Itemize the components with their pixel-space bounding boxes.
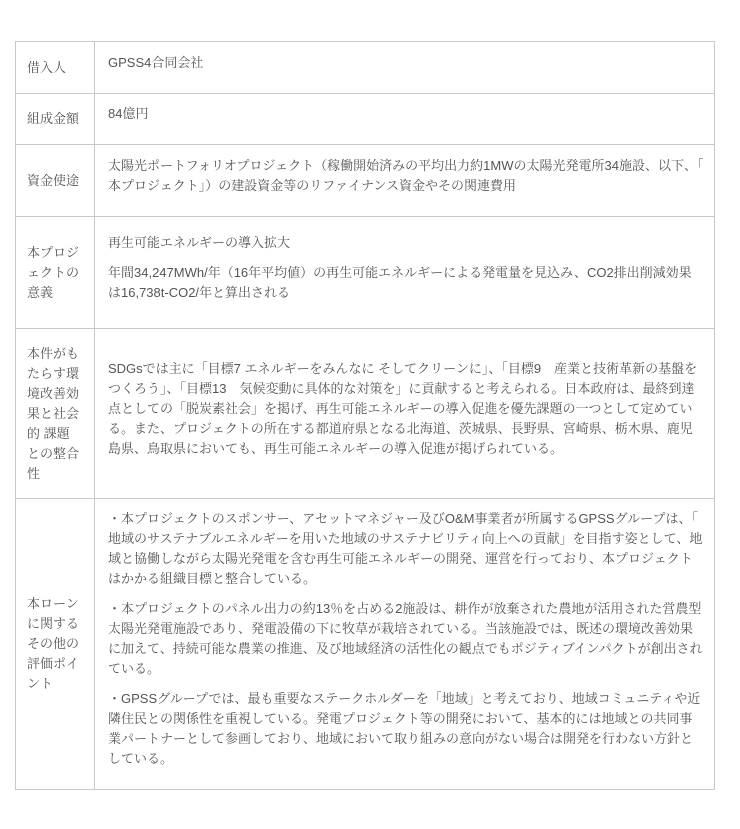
paragraph: 年間34,247MWh/年（16年平均値）の再生可能エネルギーによる発電量を見込… <box>108 263 704 303</box>
table-row-project-significance: 本プロジェクトの意義 再生可能エネルギーの導入拡大 年間34,247MWh/年（… <box>16 217 715 329</box>
paragraph: GPSS4合同会社 <box>108 53 704 73</box>
row-label-environmental-social-alignment: 本件がもたらす環境改善効果と社会的 課題との整合性 <box>16 329 95 499</box>
table-row-amount: 組成金額 84億円 <box>16 94 715 145</box>
paragraph: 84億円 <box>108 104 704 124</box>
row-content-other-evaluation-points: ・本プロジェクトのスポンサー、アセットマネジャー及びO&M事業者が所属するGPS… <box>95 499 715 790</box>
table-row-other-evaluation-points: 本ローンに関するその他の評価ポイント ・本プロジェクトのスポンサー、アセットマネ… <box>16 499 715 790</box>
row-content-amount: 84億円 <box>95 94 715 145</box>
row-content-borrower: GPSS4合同会社 <box>95 42 715 94</box>
row-label-project-significance: 本プロジェクトの意義 <box>16 217 95 329</box>
paragraph-bullet: ・GPSSグループでは、最も重要なステークホルダーを「地域」と考えており、地域コ… <box>108 689 704 769</box>
row-label-other-evaluation-points: 本ローンに関するその他の評価ポイント <box>16 499 95 790</box>
row-content-project-significance: 再生可能エネルギーの導入拡大 年間34,247MWh/年（16年平均値）の再生可… <box>95 217 715 329</box>
paragraph: 太陽光ポートフォリオプロジェクト（稼働開始済みの平均出力約1MWの太陽光発電所3… <box>108 156 704 196</box>
paragraph: SDGsでは主に「目標7 エネルギーをみんなに そしてクリーンに」、「目標9 産… <box>108 359 704 459</box>
row-content-environmental-social-alignment: SDGsでは主に「目標7 エネルギーをみんなに そしてクリーンに」、「目標9 産… <box>95 329 715 499</box>
paragraph-bullet: ・本プロジェクトのパネル出力の約13％を占める2施設は、耕作が放棄された農地が活… <box>108 599 704 679</box>
table-row-borrower: 借入人 GPSS4合同会社 <box>16 42 715 94</box>
row-label-borrower: 借入人 <box>16 42 95 94</box>
row-label-amount: 組成金額 <box>16 94 95 145</box>
row-label-use-of-funds: 資金使途 <box>16 145 95 217</box>
paragraph: 再生可能エネルギーの導入拡大 <box>108 233 704 253</box>
row-content-use-of-funds: 太陽光ポートフォリオプロジェクト（稼働開始済みの平均出力約1MWの太陽光発電所3… <box>95 145 715 217</box>
table-row-environmental-social-alignment: 本件がもたらす環境改善効果と社会的 課題との整合性 SDGsでは主に「目標7 エ… <box>16 329 715 499</box>
table-row-use-of-funds: 資金使途 太陽光ポートフォリオプロジェクト（稼働開始済みの平均出力約1MWの太陽… <box>16 145 715 217</box>
paragraph-bullet: ・本プロジェクトのスポンサー、アセットマネジャー及びO&M事業者が所属するGPS… <box>108 509 704 589</box>
loan-summary-table: 借入人 GPSS4合同会社 組成金額 84億円 資金使途 太陽光ポートフォリオプ… <box>15 41 715 790</box>
